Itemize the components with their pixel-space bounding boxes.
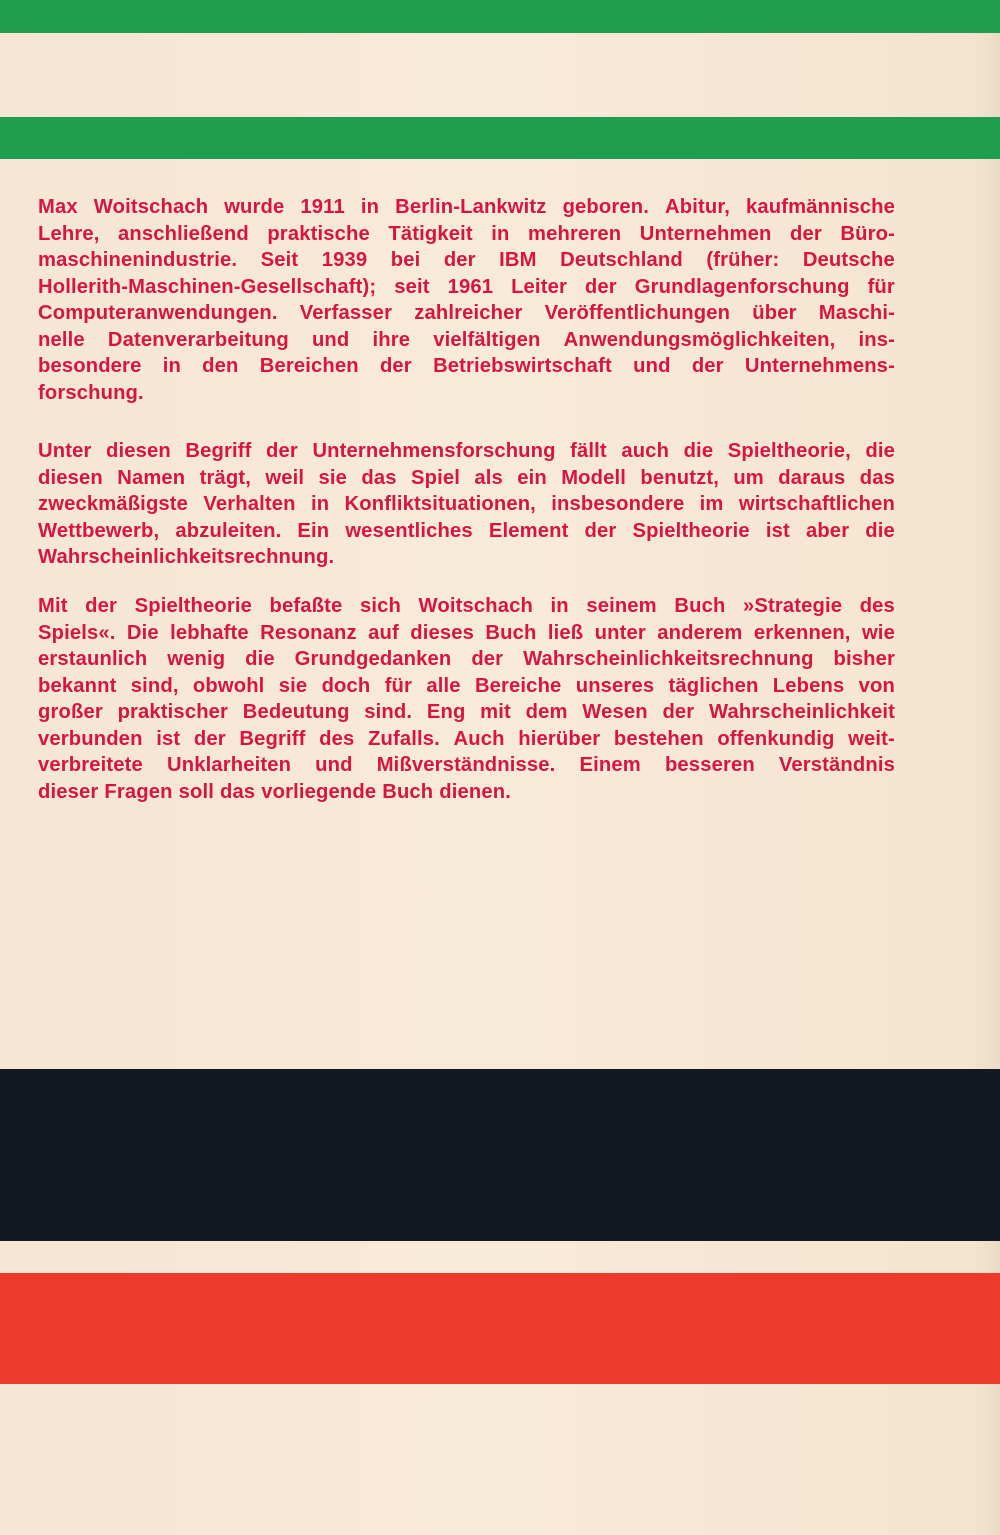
game-theory-paragraph: UnterdiesenBegriffderUnternehmensforschu…: [38, 438, 895, 571]
text-line: dieserFragensolldasvorliegendeBuchdienen…: [38, 779, 895, 806]
text-line: verbreiteteUnklarheitenundMißverständnis…: [38, 752, 895, 779]
text-line: verbundenistderBegriffdesZufalls.Auchhie…: [38, 726, 895, 753]
author-biography-paragraph: MaxWoitschachwurde1911inBerlin-Lankwitzg…: [38, 194, 895, 406]
text-line: Spiels«.DielebhafteResonanzaufdiesesBuch…: [38, 620, 895, 647]
text-line: maschinenindustrie.Seit1939beiderIBMDeut…: [38, 247, 895, 274]
text-line: MitderSpieltheoriebefaßtesichWoitschachi…: [38, 593, 895, 620]
text-line: Wettbewerb,abzuleiten.EinwesentlichesEle…: [38, 518, 895, 545]
text-line: Computeranwendungen.Verfasserzahlreicher…: [38, 300, 895, 327]
text-line: besondereindenBereichenderBetriebswirtsc…: [38, 353, 895, 380]
text-line: Wahrscheinlichkeitsrechnung.: [38, 544, 895, 571]
green-stripe-second: [0, 117, 1000, 159]
text-line: nelleDatenverarbeitungundihrevielfältige…: [38, 327, 895, 354]
text-line: MaxWoitschachwurde1911inBerlin-Lankwitzg…: [38, 194, 895, 221]
text-line: Lehre,anschließendpraktischeTätigkeitinm…: [38, 221, 895, 248]
text-line: Hollerith-Maschinen-Gesellschaft);seit19…: [38, 274, 895, 301]
text-line: bekanntsind,obwohlsiedochfüralleBereiche…: [38, 673, 895, 700]
black-stripe: [0, 1069, 1000, 1241]
green-stripe-top: [0, 0, 1000, 33]
text-line: großerpraktischerBedeutungsind.Engmitdem…: [38, 699, 895, 726]
text-line: UnterdiesenBegriffderUnternehmensforschu…: [38, 438, 895, 465]
text-line: forschung.: [38, 380, 895, 407]
text-line: zweckmäßigsteVerhalteninKonfliktsituatio…: [38, 491, 895, 518]
book-description-paragraph: MitderSpieltheoriebefaßtesichWoitschachi…: [38, 593, 895, 805]
text-line: erstaunlichwenigdieGrundgedankenderWahrs…: [38, 646, 895, 673]
red-stripe: [0, 1273, 1000, 1384]
text-line: diesenNamenträgt,weilsiedasSpielalseinMo…: [38, 465, 895, 492]
